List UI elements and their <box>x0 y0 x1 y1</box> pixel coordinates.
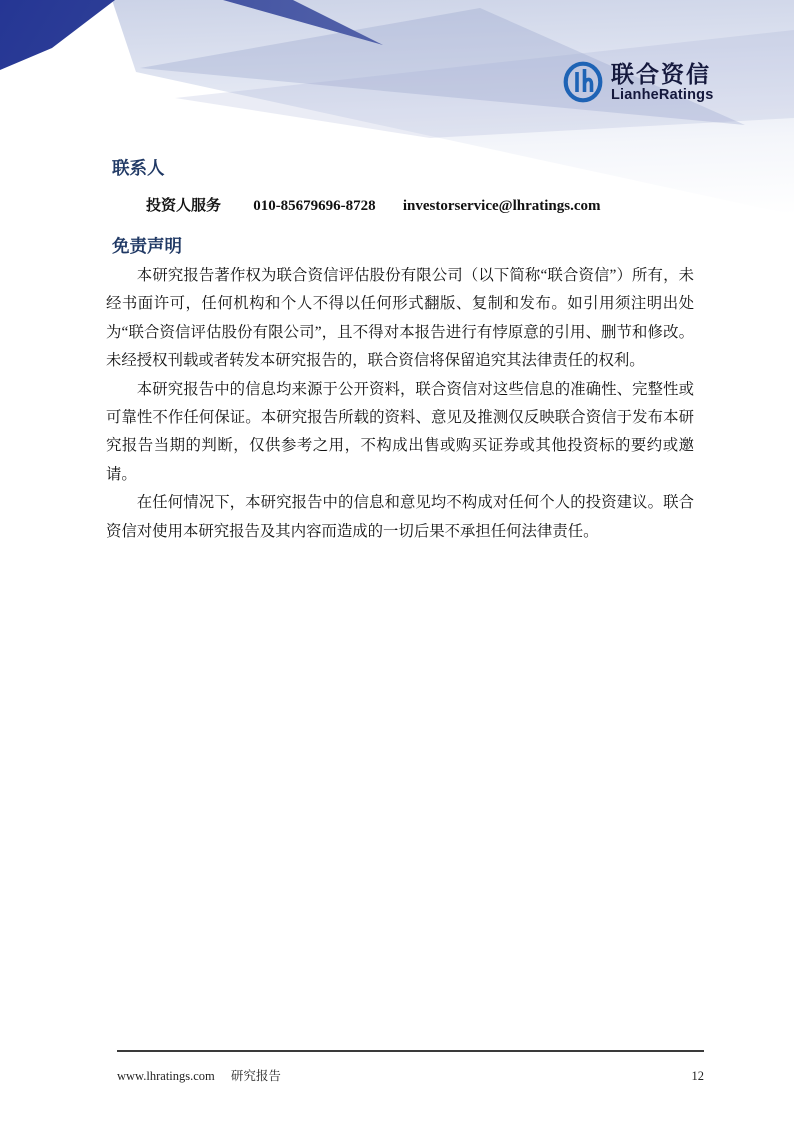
investor-service-label: 投资人服务 <box>146 197 221 214</box>
disclaimer-body: 本研究报告著作权为联合资信评估股份有限公司（以下简称“联合资信”）所有，未经书面… <box>106 262 694 546</box>
disclaimer-paragraph: 在任何情况下，本研究报告中的信息和意见均不构成对任何个人的投资建议。联合资信对使… <box>106 489 694 546</box>
contact-line: 投资人服务 010-85679696-8728 investorservice@… <box>146 194 601 215</box>
footer-divider <box>117 1050 704 1052</box>
disclaimer-paragraph: 本研究报告著作权为联合资信评估股份有限公司（以下简称“联合资信”）所有，未经书面… <box>106 262 694 376</box>
disclaimer-section-heading: 免责声明 <box>112 233 182 258</box>
logo-chinese-name: 联合资信 <box>611 61 714 87</box>
contact-section-heading: 联系人 <box>112 155 165 180</box>
report-page: 联合资信 LianheRatings 联系人 投资人服务 010-8567969… <box>0 0 794 1123</box>
page-number: 12 <box>692 1069 705 1084</box>
footer-website: www.lhratings.com <box>117 1069 215 1083</box>
disclaimer-paragraph: 本研究报告中的信息均来源于公开资料，联合资信对这些信息的准确性、完整性或可靠性不… <box>106 376 694 490</box>
header-decoration <box>0 0 794 215</box>
logo-text: 联合资信 LianheRatings <box>611 61 714 104</box>
investor-service-email: investorservice@lhratings.com <box>403 198 601 214</box>
lh-circle-icon <box>563 61 603 103</box>
footer-left: www.lhratings.com 研究报告 <box>117 1066 281 1084</box>
lianhe-ratings-logo: 联合资信 LianheRatings <box>563 61 714 104</box>
logo-english-name: LianheRatings <box>611 87 714 104</box>
footer: www.lhratings.com 研究报告 12 <box>117 1066 704 1084</box>
footer-doc-type: 研究报告 <box>231 1069 281 1083</box>
investor-service-phone: 010-85679696-8728 <box>253 198 376 214</box>
